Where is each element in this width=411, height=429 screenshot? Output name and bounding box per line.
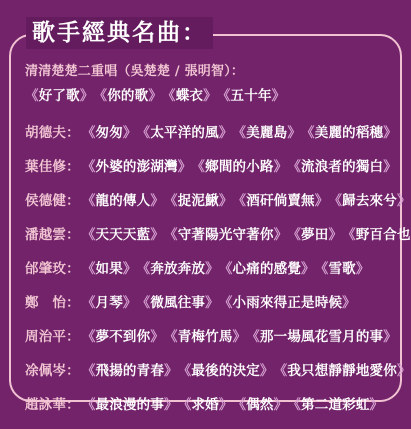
- singer-colon: ：: [66, 325, 80, 345]
- bracket-close: 》: [205, 257, 219, 277]
- bracket-open: 《: [82, 359, 96, 379]
- song-title-item: 《 外婆的澎湖灣 》: [82, 155, 192, 175]
- bracket-open: 《: [164, 325, 178, 345]
- bracket-close: 》: [356, 257, 370, 277]
- bracket-open: 《: [233, 189, 247, 209]
- song-title: 最浪漫的事: [96, 393, 165, 413]
- bracket-close: 》: [370, 393, 384, 413]
- bracket-open: 《: [164, 223, 178, 243]
- song-title-item: 《 流浪者的獨白 》: [287, 155, 397, 175]
- song-title: 如果: [96, 257, 123, 277]
- singer-row: 凃佩岑： 《 飛揚的青春 》 《 最後的決定 》 《 我只想靜靜地愛你 》: [25, 352, 400, 386]
- song-title-item: 《 美麗的稻穗 》: [301, 121, 397, 141]
- bracket-open: 《: [82, 325, 96, 345]
- bracket-open: 《: [219, 257, 233, 277]
- song-title-item: 《 匆匆 》: [82, 121, 137, 141]
- song-list: 清清楚楚二重唱（吳楚楚 / 張明智）： 《 好了歌 》 《 你的歌 》 《 蝶衣…: [25, 60, 400, 420]
- song-title-item: 《 最後的決定 》: [178, 359, 274, 379]
- song-title: 野百合也有春天: [356, 223, 411, 243]
- singer-name: 凃佩岑: [25, 359, 66, 379]
- bracket-close: 》: [80, 84, 94, 104]
- duet-label: 清清楚楚二重唱（吳楚楚 / 張明智）：: [25, 60, 244, 79]
- bracket-close: 》: [272, 84, 286, 104]
- song-title: 第二道彩虹: [301, 393, 370, 413]
- bracket-close: 》: [383, 121, 397, 141]
- song-title: 好了歌: [39, 84, 80, 104]
- bracket-close: 》: [219, 393, 233, 413]
- bracket-open: 《: [137, 291, 151, 311]
- song-title: 捉泥鰍: [178, 189, 219, 209]
- song-title: 夢不到你: [96, 325, 151, 345]
- song-title-item: 《 守著陽光守著你 》: [164, 223, 287, 243]
- song-title: 歸去來兮: [342, 189, 397, 209]
- bracket-open: 《: [25, 84, 39, 104]
- bracket-open: 《: [287, 155, 301, 175]
- song-title-item: 《 奔放奔放 》: [137, 257, 219, 277]
- bracket-open: 《: [82, 291, 96, 311]
- song-title-item: 《 歸去來兮 》: [328, 189, 410, 209]
- singer-name: 侯德健: [25, 189, 66, 209]
- song-title-item: 《 五十年 》: [217, 84, 286, 104]
- bracket-open: 《: [219, 291, 233, 311]
- song-title-item: 《 美麗島 》: [233, 121, 302, 141]
- bracket-open: 《: [191, 155, 205, 175]
- bracket-close: 》: [287, 121, 301, 141]
- singer-colon: ：: [66, 121, 80, 141]
- bracket-close: 》: [274, 155, 288, 175]
- bracket-close: 》: [203, 84, 217, 104]
- bracket-open: 《: [178, 359, 192, 379]
- bracket-close: 》: [148, 84, 162, 104]
- song-title-item: 《 龍的傳人 》: [82, 189, 164, 209]
- song-title: 夢田: [301, 223, 328, 243]
- bracket-close: 》: [150, 325, 164, 345]
- song-title-item: 《 偶然 》: [233, 393, 288, 413]
- song-title-item: 《 雪歌 》: [315, 257, 370, 277]
- song-title-item: 《 野百合也有春天 》: [342, 223, 411, 243]
- bracket-close: 》: [150, 189, 164, 209]
- bracket-open: 《: [82, 121, 96, 141]
- bracket-close: 》: [219, 189, 233, 209]
- singer-colon: ：: [66, 393, 80, 413]
- singer-name: 胡德夫: [25, 121, 66, 141]
- singer-row: 趙詠華： 《 最浪漫的事 》 《 求婚 》 《 偶然 》 《 第二道彩虹 》: [25, 386, 400, 420]
- singer-name: 潘越雲: [25, 223, 66, 243]
- song-title-item: 《 酒矸倘賣無 》: [233, 189, 329, 209]
- song-title-item: 《 月琴 》: [82, 291, 137, 311]
- bracket-close: 》: [328, 223, 342, 243]
- bracket-close: 》: [219, 121, 233, 141]
- song-title-item: 《 好了歌 》: [25, 84, 94, 104]
- song-title-item: 《 飛揚的青春 》: [82, 359, 178, 379]
- bracket-close: 》: [123, 121, 137, 141]
- song-title: 龍的傳人: [96, 189, 151, 209]
- bracket-close: 》: [383, 155, 397, 175]
- singer-colon: ：: [66, 257, 80, 277]
- bracket-close: 》: [274, 393, 288, 413]
- song-title: 月琴: [96, 291, 123, 311]
- song-title-item: 《 蝶衣 》: [162, 84, 217, 104]
- singer-colon: ：: [66, 291, 80, 311]
- song-title: 偶然: [246, 393, 273, 413]
- song-title-item: 《 青梅竹馬 》: [164, 325, 246, 345]
- bracket-open: 《: [178, 393, 192, 413]
- bracket-close: 》: [301, 257, 315, 277]
- bracket-close: 》: [164, 359, 178, 379]
- song-title-item: 《 心痛的感覺 》: [219, 257, 315, 277]
- song-title-item: 《 夢不到你 》: [82, 325, 164, 345]
- singer-colon: ：: [66, 223, 80, 243]
- song-title: 蝶衣: [176, 84, 203, 104]
- song-title-item: 《 求婚 》: [178, 393, 233, 413]
- song-title: 雪歌: [328, 257, 355, 277]
- bracket-open: 《: [162, 84, 176, 104]
- bracket-close: 》: [150, 223, 164, 243]
- singer-colon: ：: [66, 155, 80, 175]
- song-title: 美麗的稻穗: [315, 121, 384, 141]
- bracket-close: 》: [342, 291, 356, 311]
- singer-colon: ：: [66, 359, 80, 379]
- bracket-close: 》: [233, 325, 247, 345]
- bracket-open: 《: [301, 121, 315, 141]
- bracket-open: 《: [82, 223, 96, 243]
- bracket-close: 》: [397, 189, 411, 209]
- song-title-item: 《 你的歌 》: [94, 84, 163, 104]
- bracket-open: 《: [82, 393, 96, 413]
- singer-row: 邰肇玫： 《 如果 》 《 奔放奔放 》 《 心痛的感覺 》 《 雪歌 》: [25, 250, 400, 284]
- singer-name: 鄭 怡: [25, 291, 66, 311]
- song-title: 最後的決定: [191, 359, 260, 379]
- duet-songs-row: 《 好了歌 》 《 你的歌 》 《 蝶衣 》 《 五十年 》: [25, 84, 400, 114]
- bracket-open: 《: [233, 121, 247, 141]
- bracket-open: 《: [287, 393, 301, 413]
- bracket-close: 》: [274, 223, 288, 243]
- song-title: 你的歌: [107, 84, 148, 104]
- song-title: 五十年: [231, 84, 272, 104]
- bracket-open: 《: [137, 121, 151, 141]
- duet-header-row: 清清楚楚二重唱（吳楚楚 / 張明智）：: [25, 60, 400, 84]
- song-title: 微風往事: [150, 291, 205, 311]
- song-title-item: 《 我只想靜靜地愛你 》: [274, 359, 411, 379]
- singer-row: 潘越雲： 《 天天天藍 》 《 守著陽光守著你 》 《 夢田 》 《 野百合也有…: [25, 216, 400, 250]
- song-title-item: 《 太平洋的風 》: [137, 121, 233, 141]
- song-title: 鄉間的小路: [205, 155, 274, 175]
- bracket-open: 《: [137, 257, 151, 277]
- song-title-item: 《 捉泥鰍 》: [164, 189, 233, 209]
- song-title: 酒矸倘賣無: [246, 189, 315, 209]
- singer-colon: ：: [66, 189, 80, 209]
- singer-row: 胡德夫： 《 匆匆 》 《 太平洋的風 》 《 美麗島 》 《 美麗的稻穗 》: [25, 114, 400, 148]
- bracket-close: 》: [260, 359, 274, 379]
- bracket-close: 》: [315, 189, 329, 209]
- bracket-open: 《: [82, 155, 96, 175]
- page-title: 歌手經典名曲：: [32, 17, 207, 49]
- song-title: 太平洋的風: [150, 121, 219, 141]
- bracket-open: 《: [164, 189, 178, 209]
- singer-name: 葉佳修: [25, 155, 66, 175]
- bracket-close: 》: [123, 291, 137, 311]
- song-title-item: 《 小雨來得正是時候 》: [219, 291, 356, 311]
- bracket-close: 》: [123, 257, 137, 277]
- song-title: 守著陽光守著你: [178, 223, 274, 243]
- song-title: 飛揚的青春: [96, 359, 165, 379]
- song-title-item: 《 那一場風花雪月的事 》: [246, 325, 397, 345]
- bracket-close: 》: [397, 359, 411, 379]
- bracket-open: 《: [328, 189, 342, 209]
- bracket-open: 《: [246, 325, 260, 345]
- bracket-close: 》: [383, 325, 397, 345]
- bracket-close: 》: [178, 155, 192, 175]
- song-title: 心痛的感覺: [233, 257, 302, 277]
- song-title-item: 《 夢田 》: [287, 223, 342, 243]
- singer-name: 趙詠華: [25, 393, 66, 413]
- song-title-item: 《 天天天藍 》: [82, 223, 164, 243]
- song-title-item: 《 最浪漫的事 》: [82, 393, 178, 413]
- song-title: 青梅竹馬: [178, 325, 233, 345]
- singer-row: 侯德健： 《 龍的傳人 》 《 捉泥鰍 》 《 酒矸倘賣無 》 《 歸去來兮 》: [25, 182, 400, 216]
- song-title: 匆匆: [96, 121, 123, 141]
- bracket-open: 《: [82, 189, 96, 209]
- title-banner: 歌手經典名曲：: [26, 17, 213, 49]
- song-title: 流浪者的獨白: [301, 155, 383, 175]
- song-title-item: 《 鄉間的小路 》: [191, 155, 287, 175]
- bracket-open: 《: [233, 393, 247, 413]
- bracket-open: 《: [94, 84, 108, 104]
- song-title-item: 《 如果 》: [82, 257, 137, 277]
- singer-row: 周治平： 《 夢不到你 》 《 青梅竹馬 》 《 那一場風花雪月的事 》: [25, 318, 400, 352]
- song-title-item: 《 第二道彩虹 》: [287, 393, 383, 413]
- bracket-close: 》: [205, 291, 219, 311]
- bracket-open: 《: [315, 257, 329, 277]
- singer-row: 鄭 怡： 《 月琴 》 《 微風往事 》 《 小雨來得正是時候 》: [25, 284, 400, 318]
- song-title: 奔放奔放: [150, 257, 205, 277]
- song-title: 小雨來得正是時候: [233, 291, 343, 311]
- singer-row: 葉佳修： 《 外婆的澎湖灣 》 《 鄉間的小路 》 《 流浪者的獨白 》: [25, 148, 400, 182]
- song-title: 外婆的澎湖灣: [96, 155, 178, 175]
- bracket-open: 《: [82, 257, 96, 277]
- bracket-open: 《: [342, 223, 356, 243]
- singer-name: 邰肇玫: [25, 257, 66, 277]
- bracket-open: 《: [217, 84, 231, 104]
- song-title: 求婚: [191, 393, 218, 413]
- song-title-item: 《 微風往事 》: [137, 291, 219, 311]
- singer-name: 周治平: [25, 325, 66, 345]
- bracket-open: 《: [287, 223, 301, 243]
- song-title: 天天天藍: [96, 223, 151, 243]
- bracket-close: 》: [164, 393, 178, 413]
- song-title: 那一場風花雪月的事: [260, 325, 383, 345]
- song-title: 美麗島: [246, 121, 287, 141]
- bracket-open: 《: [274, 359, 288, 379]
- song-title: 我只想靜靜地愛你: [287, 359, 397, 379]
